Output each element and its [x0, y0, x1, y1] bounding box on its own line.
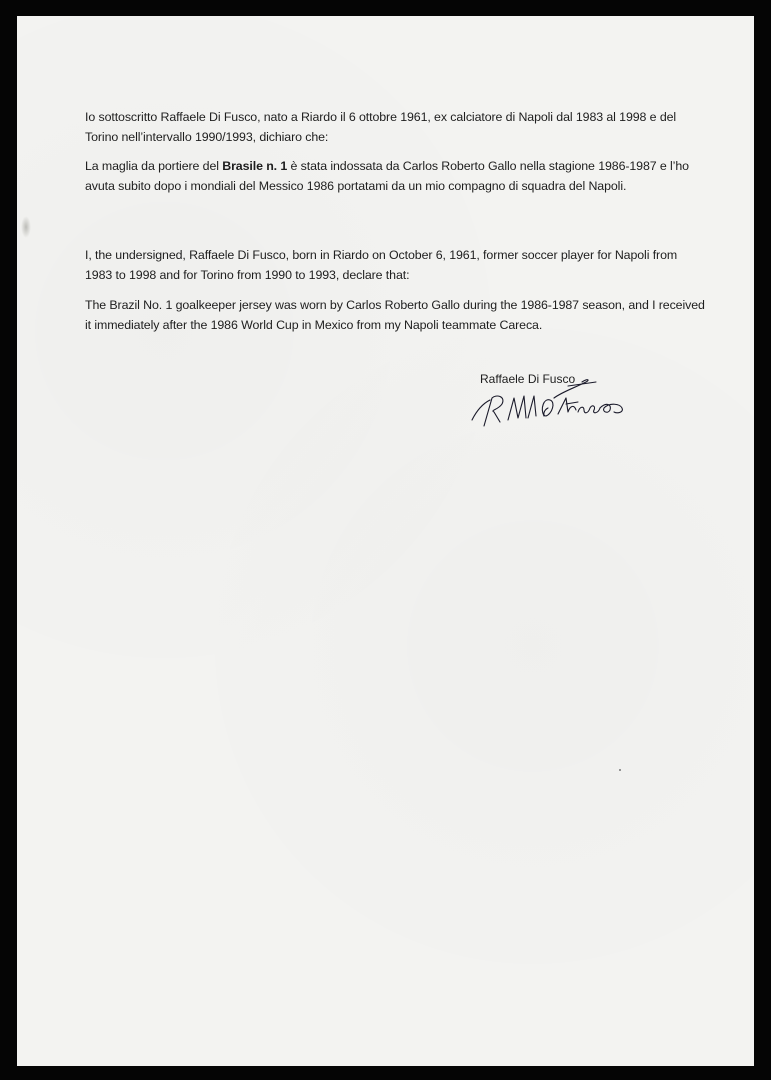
english-declaration-intro: I, the undersigned, Raffaele Di Fusco, b… — [85, 245, 705, 285]
italian-body-bold: Brasile n. 1 — [222, 159, 287, 173]
italian-declaration-body: La maglia da portiere del Brasile n. 1 è… — [85, 156, 705, 196]
italian-declaration-intro: Io sottoscritto Raffaele Di Fusco, nato … — [85, 107, 705, 147]
document-page: Io sottoscritto Raffaele Di Fusco, nato … — [17, 16, 754, 1066]
paper-smudge — [21, 216, 31, 238]
handwritten-signature — [462, 368, 642, 428]
english-declaration-body: The Brazil No. 1 goalkeeper jersey was w… — [85, 295, 705, 335]
italian-body-start: La maglia da portiere del — [85, 159, 222, 173]
paper-speck — [619, 769, 621, 771]
